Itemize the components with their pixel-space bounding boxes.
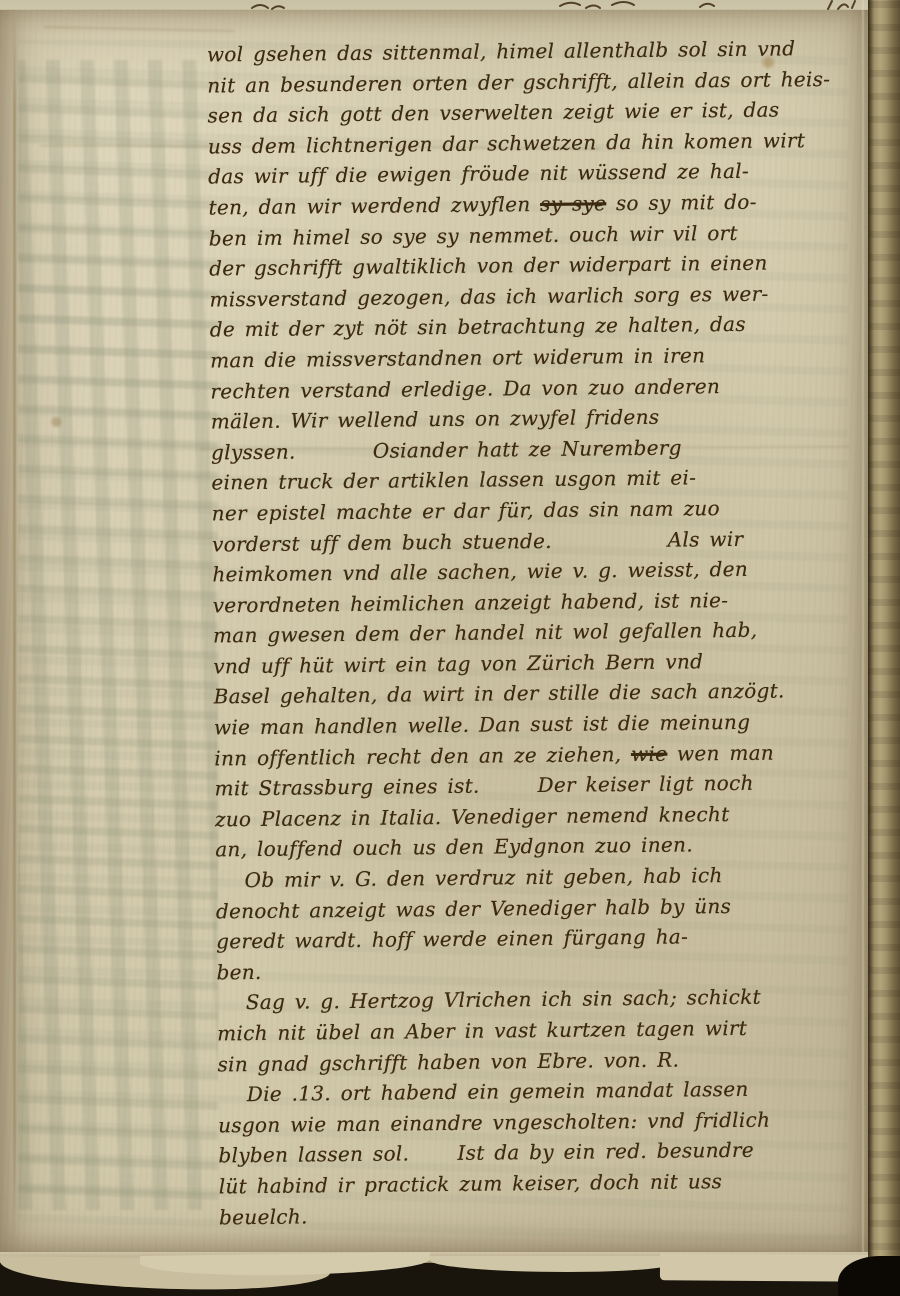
ink-showthrough-margin [18,60,218,1210]
manuscript-text-block: wol gsehen das sittenmal, himel allentha… [207,33,874,1233]
torn-paper-piece [660,1253,868,1281]
left-crease [13,10,16,1250]
torn-paper-piece [430,1256,680,1272]
torn-bottom-edge [0,1252,868,1296]
struck-text: wie [631,741,668,765]
manuscript-scan: wol gsehen das sittenmal, himel allentha… [0,0,900,1296]
struck-text: sy sye [540,191,606,216]
